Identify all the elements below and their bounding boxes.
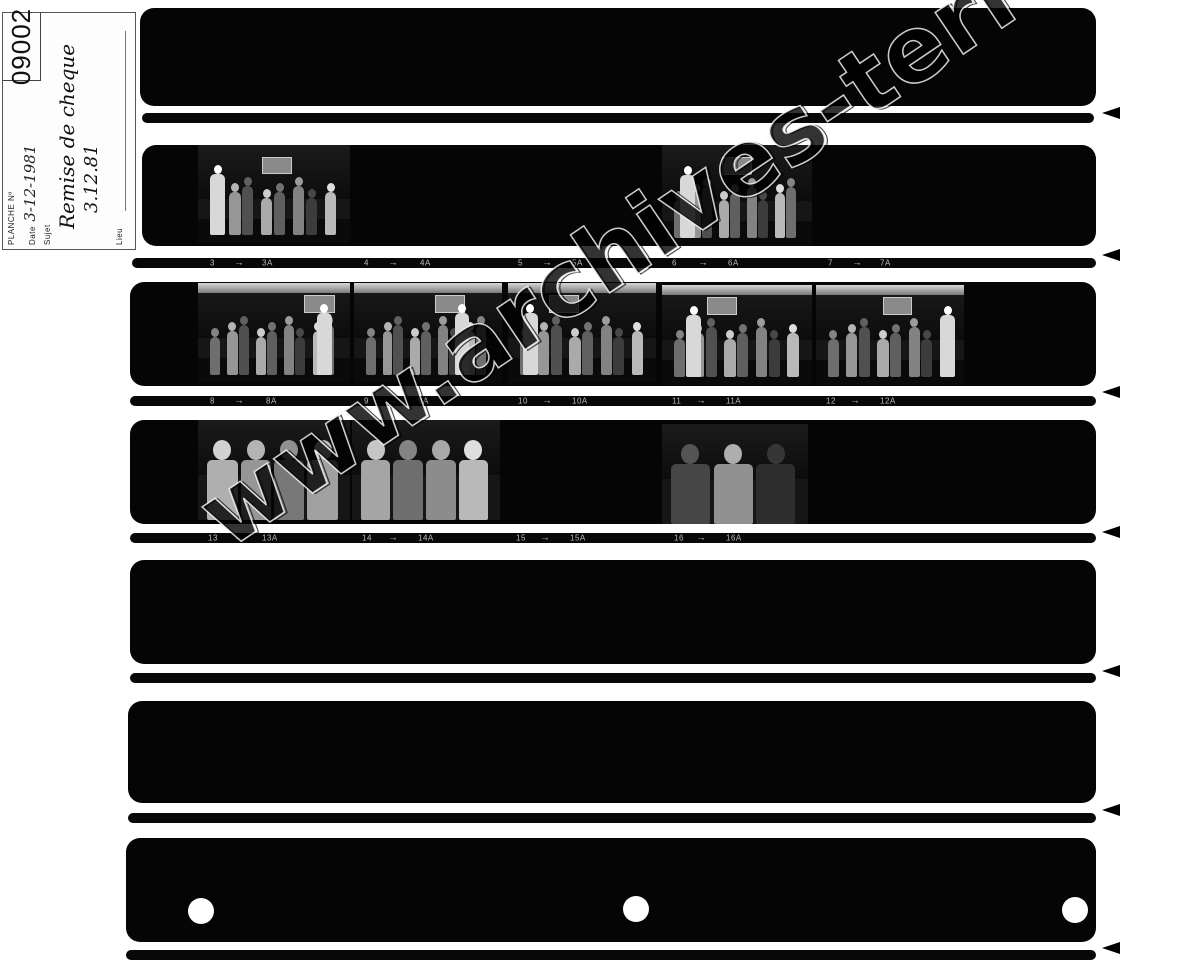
contact-sheet-label-card: PLANCHE Nº Date 3-12-1981 Sujet Remise d… xyxy=(2,12,136,250)
person-figure xyxy=(846,333,857,377)
frame-number-label: 3A xyxy=(262,259,273,268)
strip-marker-icon xyxy=(1102,804,1120,816)
film-edge-3: 8→8A9→9A10→10A11→11A12→12A xyxy=(130,396,1096,406)
display-panel xyxy=(883,297,913,315)
arrow-right-icon: → xyxy=(540,533,551,544)
person-figure xyxy=(551,325,562,375)
frame-number-label: 8 xyxy=(210,397,215,406)
speaker-figure xyxy=(680,175,695,238)
frame-number-label: 16 xyxy=(674,534,684,543)
photo-frame-13[interactable] xyxy=(198,420,350,520)
frame-number-label: 9 xyxy=(364,397,369,406)
strip-marker-icon xyxy=(1102,107,1120,119)
ceiling xyxy=(662,285,812,295)
speaker-figure xyxy=(455,313,470,375)
punch-hole xyxy=(623,896,649,922)
person-figure xyxy=(261,198,272,235)
punch-hole xyxy=(188,898,214,924)
film-strip-1 xyxy=(140,8,1096,106)
person-figure xyxy=(702,187,712,238)
person-figure xyxy=(706,327,717,377)
photo-frame-6[interactable] xyxy=(662,145,812,246)
person-figure xyxy=(786,187,796,238)
person-figure xyxy=(613,337,624,375)
person-figure xyxy=(921,339,932,377)
film-edge-6 xyxy=(128,813,1096,823)
person-figure xyxy=(769,339,780,377)
person-figure xyxy=(241,460,271,520)
frame-number-label: 15A xyxy=(570,534,586,543)
frame-number-label: 13A xyxy=(262,534,278,543)
arrow-right-icon: → xyxy=(698,258,709,269)
frame-number-label: 6 xyxy=(672,259,677,268)
frame-number-label: 14 xyxy=(362,534,372,543)
frame-number-label: 12 xyxy=(826,397,836,406)
photo-frame-10[interactable] xyxy=(508,283,656,383)
frame-number-label: 4A xyxy=(420,259,431,268)
person-figure xyxy=(758,200,768,238)
person-figure xyxy=(421,331,431,375)
arrow-right-icon: → xyxy=(388,258,399,269)
person-figure xyxy=(756,327,767,377)
planche-label: PLANCHE Nº xyxy=(7,191,16,245)
photo-frame-8[interactable] xyxy=(198,283,350,383)
person-figure xyxy=(410,337,420,375)
person-figure xyxy=(747,187,757,238)
person-figure xyxy=(730,193,740,237)
person-figure xyxy=(459,460,489,520)
display-panel xyxy=(707,297,737,315)
frame-number-label: 10 xyxy=(518,397,528,406)
photo-frame-14[interactable] xyxy=(352,420,500,520)
date-value: 3-12-1981 xyxy=(21,145,39,222)
film-edge-2: 3→3A4→4A5→5A6→6A7→7A xyxy=(132,258,1096,268)
person-figure xyxy=(274,192,285,235)
display-panel xyxy=(262,157,292,175)
person-figure xyxy=(438,325,448,375)
frame-number-label: 11 xyxy=(672,397,681,406)
arrow-right-icon: → xyxy=(696,396,707,407)
ceiling xyxy=(198,283,350,293)
film-strip-6 xyxy=(128,701,1096,803)
person-figure xyxy=(538,331,549,375)
ceiling xyxy=(354,283,502,293)
arrow-right-icon: → xyxy=(234,258,245,269)
frame-number-label: 10A xyxy=(572,397,588,406)
film-edge-1 xyxy=(142,113,1094,123)
photo-frame-12[interactable] xyxy=(816,285,964,385)
person-figure xyxy=(775,193,785,237)
person-figure xyxy=(293,186,304,235)
strip-marker-icon xyxy=(1102,249,1120,261)
arrow-right-icon: → xyxy=(542,396,553,407)
frame-number-label: 8A xyxy=(266,397,277,406)
frame-number-label: 12A xyxy=(880,397,896,406)
film-strip-7 xyxy=(126,838,1096,942)
person-figure xyxy=(306,198,317,235)
frame-number-label: 5A xyxy=(572,259,583,268)
date-field: Date 3-12-1981 xyxy=(21,145,40,245)
person-figure xyxy=(426,460,456,520)
person-figure xyxy=(787,333,798,377)
person-figure xyxy=(828,339,839,377)
film-edge-5 xyxy=(130,673,1096,683)
person-figure xyxy=(601,325,612,375)
arrow-right-icon: → xyxy=(388,533,399,544)
person-figure xyxy=(207,460,237,520)
person-figure xyxy=(671,464,710,524)
ceiling xyxy=(816,285,964,295)
person-figure xyxy=(210,337,220,375)
display-panel xyxy=(722,157,752,175)
person-figure xyxy=(361,460,391,520)
frame-number-label: 7 xyxy=(828,259,833,268)
person-figure xyxy=(295,337,305,375)
person-figure xyxy=(582,331,593,375)
person-figure xyxy=(383,331,393,375)
person-figure xyxy=(737,333,748,377)
subject-date: 3.12.81 xyxy=(81,144,102,213)
display-panel xyxy=(549,295,579,313)
person-figure xyxy=(239,325,249,375)
planche-number: 09002 xyxy=(3,13,41,81)
person-figure xyxy=(859,327,870,377)
person-figure xyxy=(890,333,901,377)
ceiling xyxy=(508,283,656,293)
sujet-label: Sujet xyxy=(43,224,52,245)
photo-frame-3[interactable] xyxy=(198,145,350,243)
person-figure xyxy=(274,460,304,520)
arrow-right-icon: → xyxy=(388,396,399,407)
frame-number-label: 13 xyxy=(208,534,218,543)
strip-marker-icon xyxy=(1102,665,1120,677)
frame-number-label: 16A xyxy=(726,534,742,543)
frame-number-label: 6A xyxy=(728,259,739,268)
person-figure xyxy=(719,200,729,238)
punch-hole xyxy=(1062,897,1088,923)
person-figure xyxy=(674,339,685,377)
film-strip-5 xyxy=(130,560,1096,664)
arrow-right-icon: → xyxy=(234,533,245,544)
person-figure xyxy=(242,186,253,235)
person-figure xyxy=(325,192,336,235)
person-figure xyxy=(909,327,920,377)
strip-marker-icon xyxy=(1102,386,1120,398)
film-edge-7 xyxy=(126,950,1096,960)
person-figure xyxy=(229,192,240,235)
date-label: Date xyxy=(28,226,37,245)
frame-number-label: 3 xyxy=(210,259,215,268)
speaker-figure xyxy=(317,313,332,375)
film-edge-4: 13→13A14→14A15→15A16→16A xyxy=(130,533,1096,543)
person-figure xyxy=(476,325,486,375)
lieu-rule xyxy=(125,31,126,211)
strip-marker-icon xyxy=(1102,942,1120,954)
photo-frame-9[interactable] xyxy=(354,283,502,383)
person-figure xyxy=(632,331,643,375)
arrow-right-icon: → xyxy=(542,258,553,269)
frame-number-label: 7A xyxy=(880,259,891,268)
speaker-figure xyxy=(686,315,701,377)
frame-number-label: 15 xyxy=(516,534,526,543)
arrow-right-icon: → xyxy=(696,533,707,544)
frame-number-label: 9A xyxy=(418,397,429,406)
photo-frame-16[interactable] xyxy=(662,424,808,524)
speaker-figure xyxy=(523,313,538,375)
arrow-right-icon: → xyxy=(850,396,861,407)
subject-title: Remise de cheque xyxy=(55,44,79,229)
person-figure xyxy=(284,325,294,375)
arrow-right-icon: → xyxy=(234,396,245,407)
person-figure xyxy=(227,331,237,375)
person-figure xyxy=(714,464,753,524)
lieu-label: Lieu xyxy=(115,228,124,245)
person-figure xyxy=(877,339,888,377)
person-figure xyxy=(267,331,277,375)
person-figure xyxy=(569,337,580,375)
frame-number-label: 5 xyxy=(518,259,523,268)
person-figure xyxy=(307,460,337,520)
frame-number-label: 11A xyxy=(726,397,741,406)
person-figure xyxy=(756,464,795,524)
frame-number-label: 14A xyxy=(418,534,434,543)
person-figure xyxy=(393,460,423,520)
speaker-figure xyxy=(210,174,225,235)
person-figure xyxy=(256,337,266,375)
speaker-figure xyxy=(940,315,955,377)
strip-marker-icon xyxy=(1102,526,1120,538)
photo-frame-11[interactable] xyxy=(662,285,812,385)
person-figure xyxy=(366,337,376,375)
person-figure xyxy=(393,325,403,375)
arrow-right-icon: → xyxy=(852,258,863,269)
frame-number-label: 4 xyxy=(364,259,369,268)
person-figure xyxy=(724,339,735,377)
